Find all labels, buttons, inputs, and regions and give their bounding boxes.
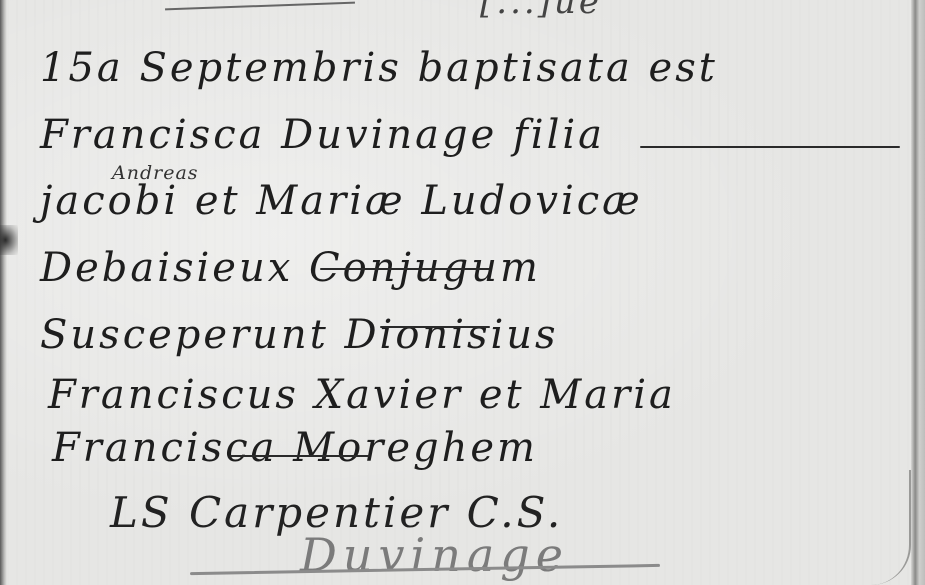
entry-line-1: 15a Septembris baptisata est <box>40 45 718 91</box>
entry-line-2: Francisca Duvinage filia <box>40 112 605 158</box>
entry-line-5: Susceperunt Dionisius <box>40 312 559 358</box>
scanned-register-page: [...]ue 15a Septembris baptisata est Fra… <box>0 0 925 585</box>
page-right-edge <box>911 0 925 585</box>
line-filler-stroke <box>380 326 490 328</box>
line-filler-stroke <box>320 268 490 270</box>
entry-line-7: Francisca Moreghem <box>52 425 538 471</box>
previous-entry-fragment: [...]ue <box>480 0 602 22</box>
page-binding-edge <box>0 0 7 585</box>
page-fold <box>869 470 911 585</box>
line-filler-stroke <box>640 146 900 148</box>
line-filler-stroke <box>230 455 370 457</box>
previous-entry-stroke <box>165 2 355 11</box>
entry-line-6: Franciscus Xavier et Maria <box>48 372 676 418</box>
faded-signature: Duvinage <box>300 528 569 582</box>
ink-blot <box>0 225 18 255</box>
entry-line-3: jacobi et Mariæ Ludovicæ <box>40 178 643 224</box>
